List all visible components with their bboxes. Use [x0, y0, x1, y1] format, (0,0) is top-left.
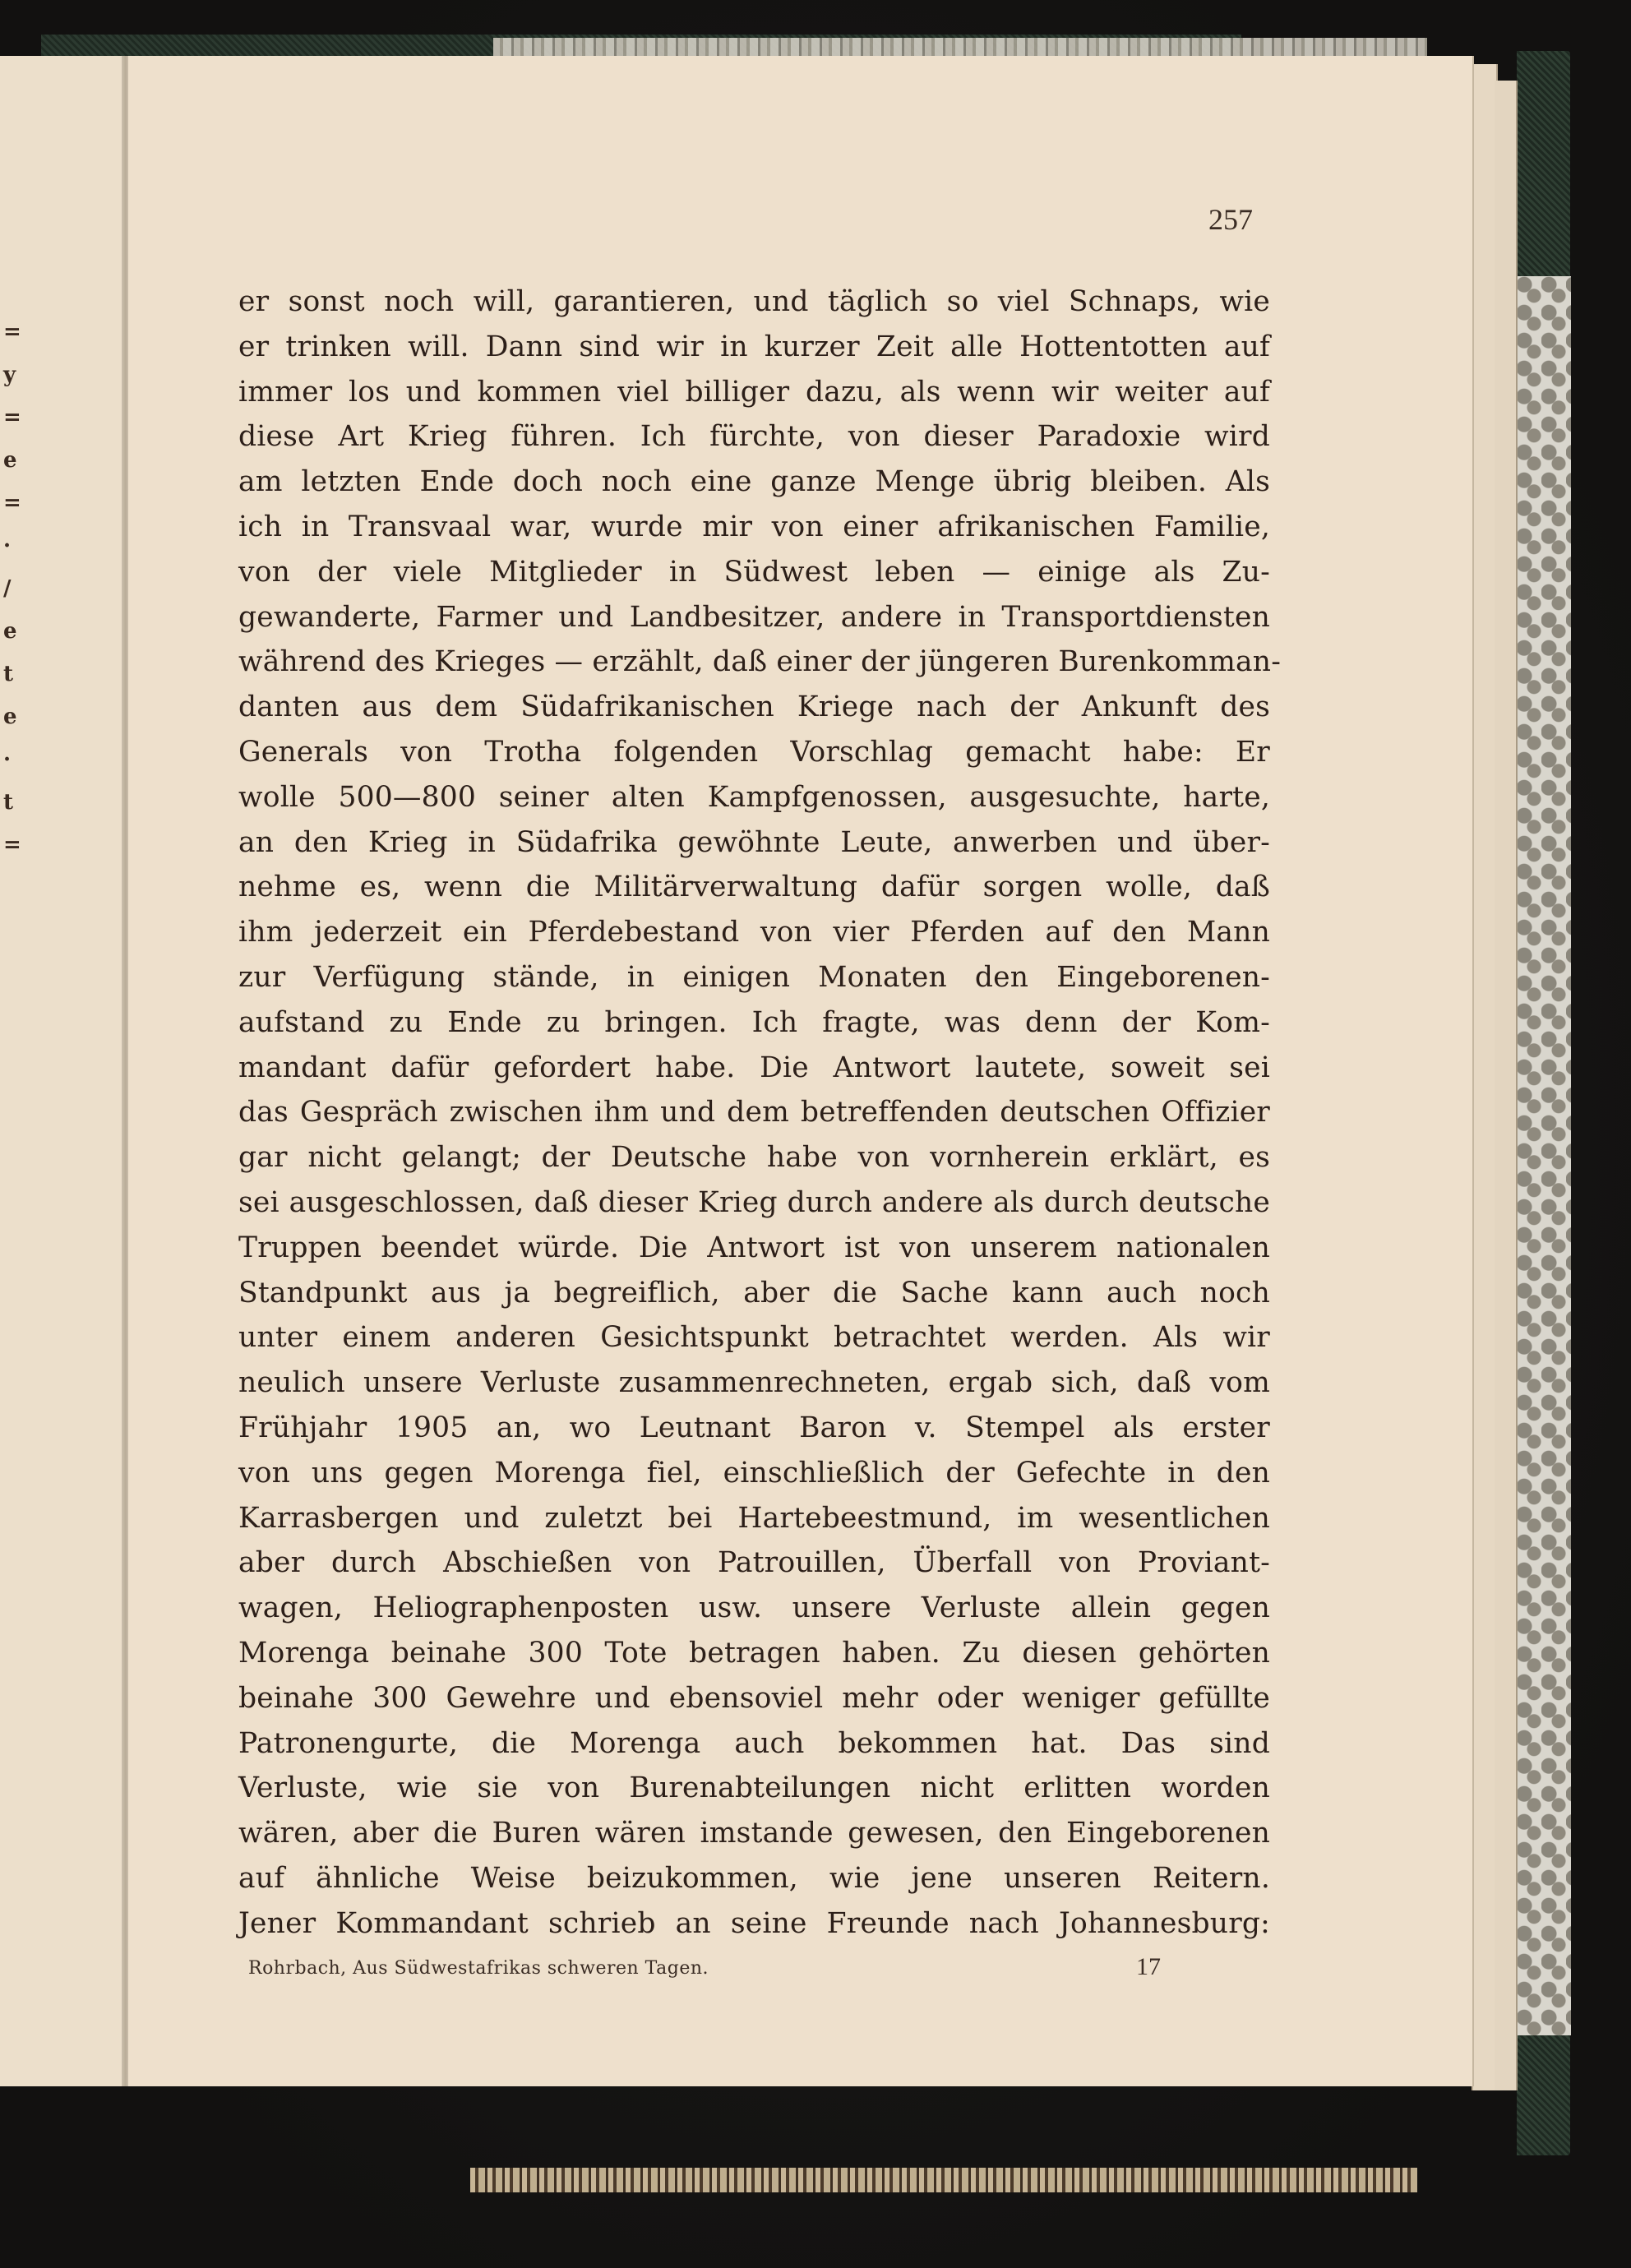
body-text: er sonst noch will, garantieren, und täg… — [238, 279, 1270, 1946]
text-line: Karrasbergen und zuletzt bei Hartebeestm… — [238, 1496, 1270, 1541]
page-stack-edge — [1495, 81, 1518, 2090]
text-line: zur Verfügung stände, in einigen Monaten… — [238, 955, 1270, 1000]
edge-glyph: = — [3, 311, 28, 353]
text-line: unter einem anderen Gesichtspunkt betrac… — [238, 1315, 1270, 1360]
edge-glyph: = — [3, 482, 28, 524]
text-line: aber durch Abschießen von Patrouillen, Ü… — [238, 1540, 1270, 1586]
text-line: auf ähnliche Weise beizukommen, wie jene… — [238, 1856, 1270, 1901]
edge-glyph: = — [3, 396, 28, 439]
text-line: nehme es, wenn die Militärverwaltung daf… — [238, 865, 1270, 910]
text-line: wären, aber die Buren wären imstande gew… — [238, 1811, 1270, 1856]
text-line: Patronengurte, die Morenga auch bekommen… — [238, 1721, 1270, 1767]
edge-glyph: e — [3, 610, 28, 653]
text-line: von der viele Mitglieder in Südwest lebe… — [238, 550, 1270, 595]
text-line: am letzten Ende doch noch eine ganze Men… — [238, 460, 1270, 505]
edge-glyph: t — [3, 653, 28, 695]
footer-sheet-number: 17 — [1136, 1953, 1161, 1981]
text-line: er sonst noch will, garantieren, und täg… — [238, 279, 1270, 325]
text-line: Jener Kommandant schrieb an seine Freund… — [238, 1901, 1270, 1947]
text-line: sei ausgeschlossen, daß dieser Krieg dur… — [238, 1180, 1270, 1226]
text-line: ihm jederzeit ein Pferdebestand von vier… — [238, 910, 1270, 955]
text-line: diese Art Krieg führen. Ich fürchte, von… — [238, 414, 1270, 460]
edge-glyph: · — [3, 524, 28, 567]
text-line: aufstand zu Ende zu bringen. Ich fragte,… — [238, 1000, 1270, 1046]
text-line: Verluste, wie sie von Burenabteilungen n… — [238, 1766, 1270, 1811]
text-line: gewanderte, Farmer und Landbesitzer, and… — [238, 595, 1270, 640]
edge-glyph: y — [3, 353, 28, 396]
text-line: wolle 500—800 seiner alten Kampfgenossen… — [238, 775, 1270, 820]
edge-glyph: t — [3, 781, 28, 824]
text-line: wagen, Heliographenposten usw. unsere Ve… — [238, 1586, 1270, 1631]
left-page-edge-glyphs: = y = e = · / e t e · t = — [3, 311, 28, 866]
edge-glyph: · — [3, 738, 28, 781]
page-number: 257 — [1208, 202, 1253, 237]
text-line: danten aus dem Südafrikanischen Kriege n… — [238, 685, 1270, 730]
text-line: mandant dafür gefordert habe. Die Antwor… — [238, 1046, 1270, 1091]
text-line: neulich unsere Verluste zusammenrechnete… — [238, 1360, 1270, 1406]
marbled-fore-edge — [1517, 276, 1571, 2035]
left-facing-page: = y = e = · / e t e · t = — [0, 56, 123, 2086]
text-line: ich in Transvaal war, wurde mir von eine… — [238, 505, 1270, 550]
text-line: Standpunkt aus ja begreiflich, aber die … — [238, 1271, 1270, 1316]
footer-signature: Rohrbach, Aus Südwestafrikas schweren Ta… — [248, 1958, 709, 1979]
text-line: das Gespräch zwischen ihm und dem betref… — [238, 1090, 1270, 1135]
text-line: gar nicht gelangt; der Deutsche habe von… — [238, 1135, 1270, 1180]
text-line: Generals von Trotha folgenden Vorschlag … — [238, 730, 1270, 775]
edge-glyph: e — [3, 439, 28, 482]
text-line: Morenga beinahe 300 Tote betragen haben.… — [238, 1631, 1270, 1676]
text-line: während des Krieges — erzählt, daß einer… — [238, 640, 1270, 685]
edge-glyph: e — [3, 695, 28, 738]
text-line: immer los und kommen viel billiger dazu,… — [238, 370, 1270, 415]
edge-glyph: / — [3, 567, 28, 610]
text-line: er trinken will. Dann sind wir in kurzer… — [238, 325, 1270, 370]
text-line: Frühjahr 1905 an, wo Leutnant Baron v. S… — [238, 1406, 1270, 1451]
text-line: beinahe 300 Gewehre und ebensoviel mehr … — [238, 1676, 1270, 1721]
edge-glyph: = — [3, 824, 28, 866]
text-line: an den Krieg in Südafrika gewöhnte Leute… — [238, 820, 1270, 866]
text-line: Truppen beendet würde. Die Antwort ist v… — [238, 1226, 1270, 1271]
text-line: von uns gegen Morenga fiel, einschließli… — [238, 1451, 1270, 1496]
page-block-bottom-edge — [470, 2168, 1417, 2192]
